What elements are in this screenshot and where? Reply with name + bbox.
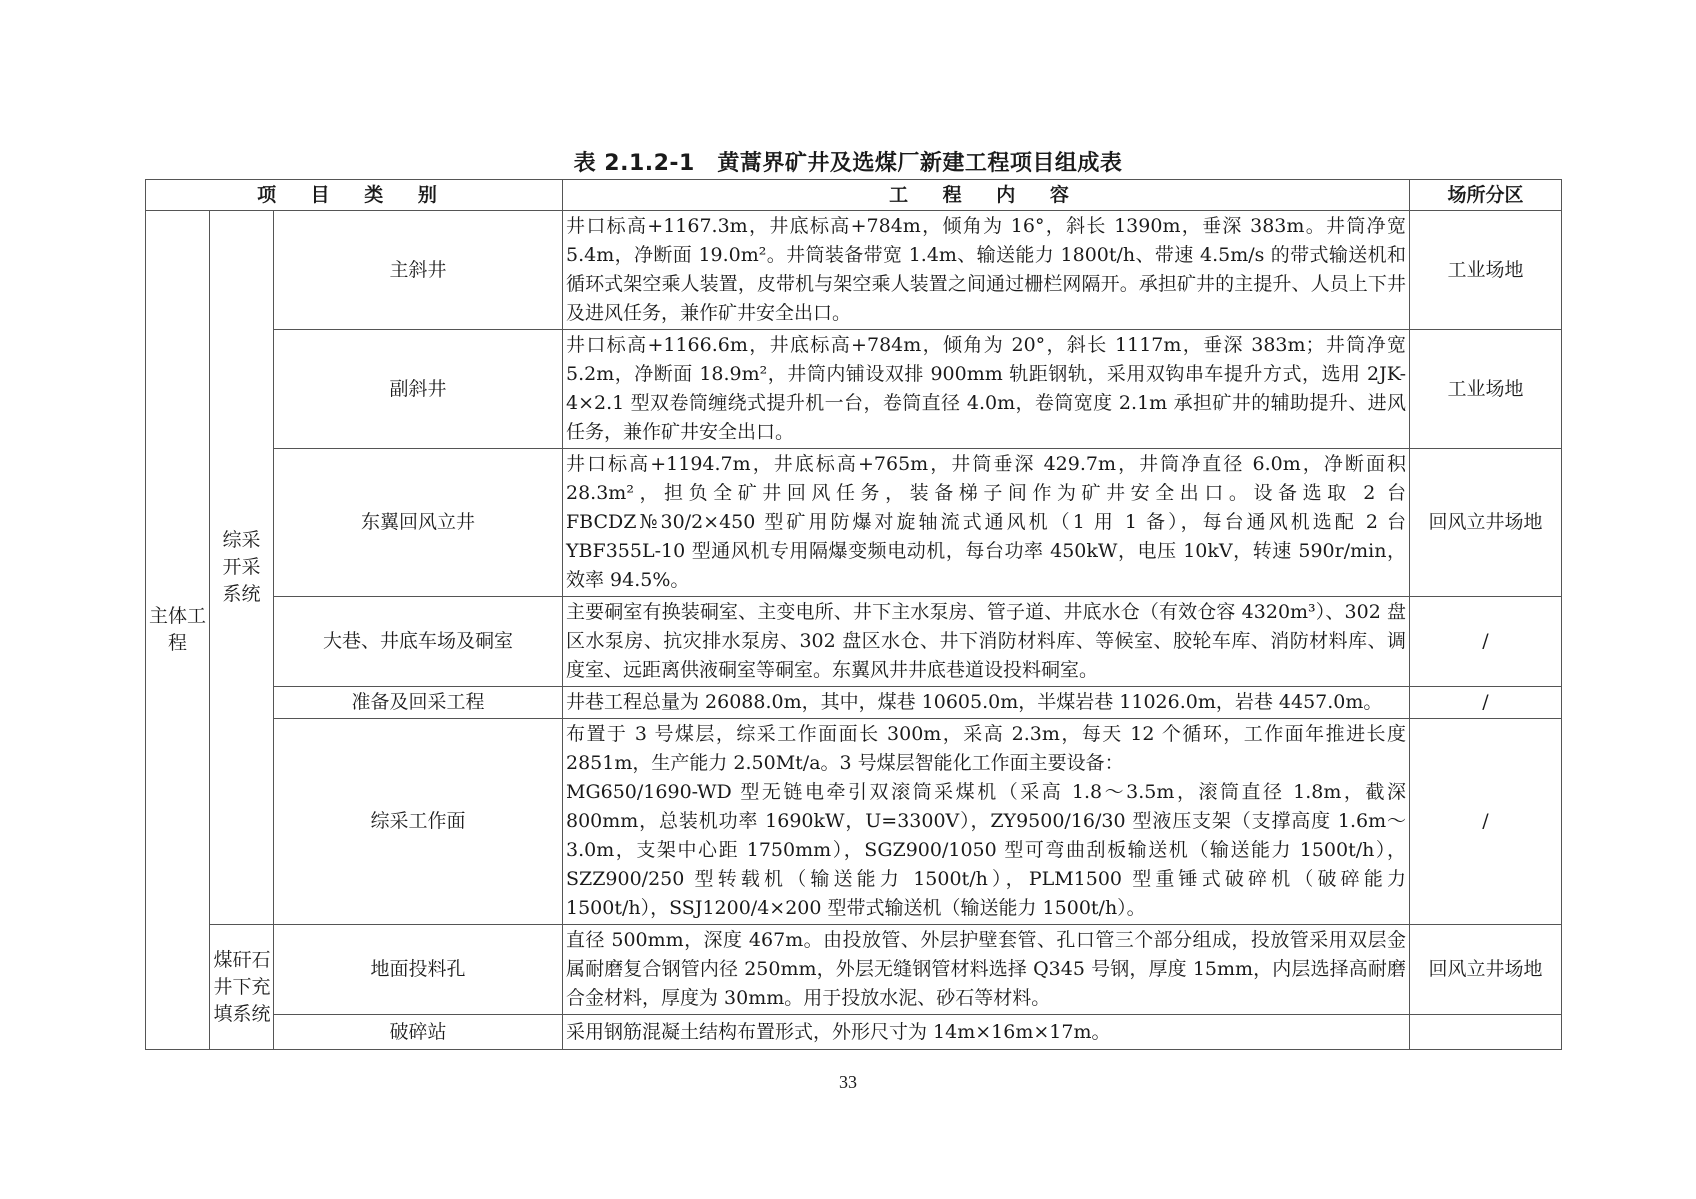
row-zone: / — [1410, 719, 1562, 925]
row-content: 井口标高+1167.3m，井底标高+784m，倾角为 16°，斜长 1390m，… — [563, 211, 1410, 330]
row-zone: / — [1410, 687, 1562, 719]
table-row: 煤矸石井下充填系统 地面投料孔 直径 500mm，深度 467m。由投放管、外层… — [146, 925, 1562, 1015]
row-content: 主要硐室有换装硐室、主变电所、井下主水泵房、管子道、井底水仓（有效仓容 4320… — [563, 597, 1410, 687]
table-title: 表 2.1.2-1 黄蒿界矿井及选煤厂新建工程项目组成表 — [0, 146, 1696, 177]
row-zone: / — [1410, 597, 1562, 687]
row-content: 井口标高+1166.6m，井底标高+784m，倾角为 20°，斜长 1117m，… — [563, 330, 1410, 449]
row-zone — [1410, 1015, 1562, 1050]
level2-mining-system-label: 综采开采系统 — [217, 527, 267, 608]
row-content: 布置于 3 号煤层，综采工作面面长 300m，采高 2.3m，每天 12 个循环… — [563, 719, 1410, 925]
row-content: 井口标高+1194.7m，井底标高+765m，井筒垂深 429.7m，井筒净直径… — [563, 449, 1410, 597]
row-zone: 工业场地 — [1410, 330, 1562, 449]
row-content: 直径 500mm，深度 467m。由投放管、外层护壁套管、孔口管三个部分组成，投… — [563, 925, 1410, 1015]
table-row: 副斜井 井口标高+1166.6m，井底标高+784m，倾角为 20°，斜长 11… — [146, 330, 1562, 449]
level2-mining-system: 综采开采系统 — [210, 211, 274, 925]
table-row: 综采工作面 布置于 3 号煤层，综采工作面面长 300m，采高 2.3m，每天 … — [146, 719, 1562, 925]
project-composition-table: 项 目 类 别 工 程 内 容 场所分区 主体工程 综采开采系统 主斜井 井口标… — [145, 179, 1562, 1050]
row-zone: 回风立井场地 — [1410, 449, 1562, 597]
header-category: 项 目 类 别 — [146, 180, 563, 211]
header-zone: 场所分区 — [1410, 180, 1562, 211]
level1-main-works: 主体工程 — [146, 211, 210, 1050]
row-zone: 工业场地 — [1410, 211, 1562, 330]
table-row: 东翼回风立井 井口标高+1194.7m，井底标高+765m，井筒垂深 429.7… — [146, 449, 1562, 597]
row-item: 副斜井 — [274, 330, 563, 449]
row-zone: 回风立井场地 — [1410, 925, 1562, 1015]
row-content: 采用钢筋混凝土结构布置形式，外形尺寸为 14m×16m×17m。 — [563, 1015, 1410, 1050]
row-item: 东翼回风立井 — [274, 449, 563, 597]
table-row: 主体工程 综采开采系统 主斜井 井口标高+1167.3m，井底标高+784m，倾… — [146, 211, 1562, 330]
level2-backfill-system: 煤矸石井下充填系统 — [210, 925, 274, 1050]
row-item: 大巷、井底车场及硐室 — [274, 597, 563, 687]
table-header-row: 项 目 类 别 工 程 内 容 场所分区 — [146, 180, 1562, 211]
page-number: 33 — [0, 1072, 1696, 1093]
table-row: 破碎站 采用钢筋混凝土结构布置形式，外形尺寸为 14m×16m×17m。 — [146, 1015, 1562, 1050]
table-row: 大巷、井底车场及硐室 主要硐室有换装硐室、主变电所、井下主水泵房、管子道、井底水… — [146, 597, 1562, 687]
row-item: 准备及回采工程 — [274, 687, 563, 719]
level2-backfill-system-label: 煤矸石井下充填系统 — [212, 947, 272, 1028]
row-item: 综采工作面 — [274, 719, 563, 925]
header-content: 工 程 内 容 — [563, 180, 1410, 211]
row-item: 破碎站 — [274, 1015, 563, 1050]
row-content: 井巷工程总量为 26088.0m，其中，煤巷 10605.0m，半煤岩巷 110… — [563, 687, 1410, 719]
table-row: 准备及回采工程 井巷工程总量为 26088.0m，其中，煤巷 10605.0m，… — [146, 687, 1562, 719]
row-item: 地面投料孔 — [274, 925, 563, 1015]
row-item: 主斜井 — [274, 211, 563, 330]
